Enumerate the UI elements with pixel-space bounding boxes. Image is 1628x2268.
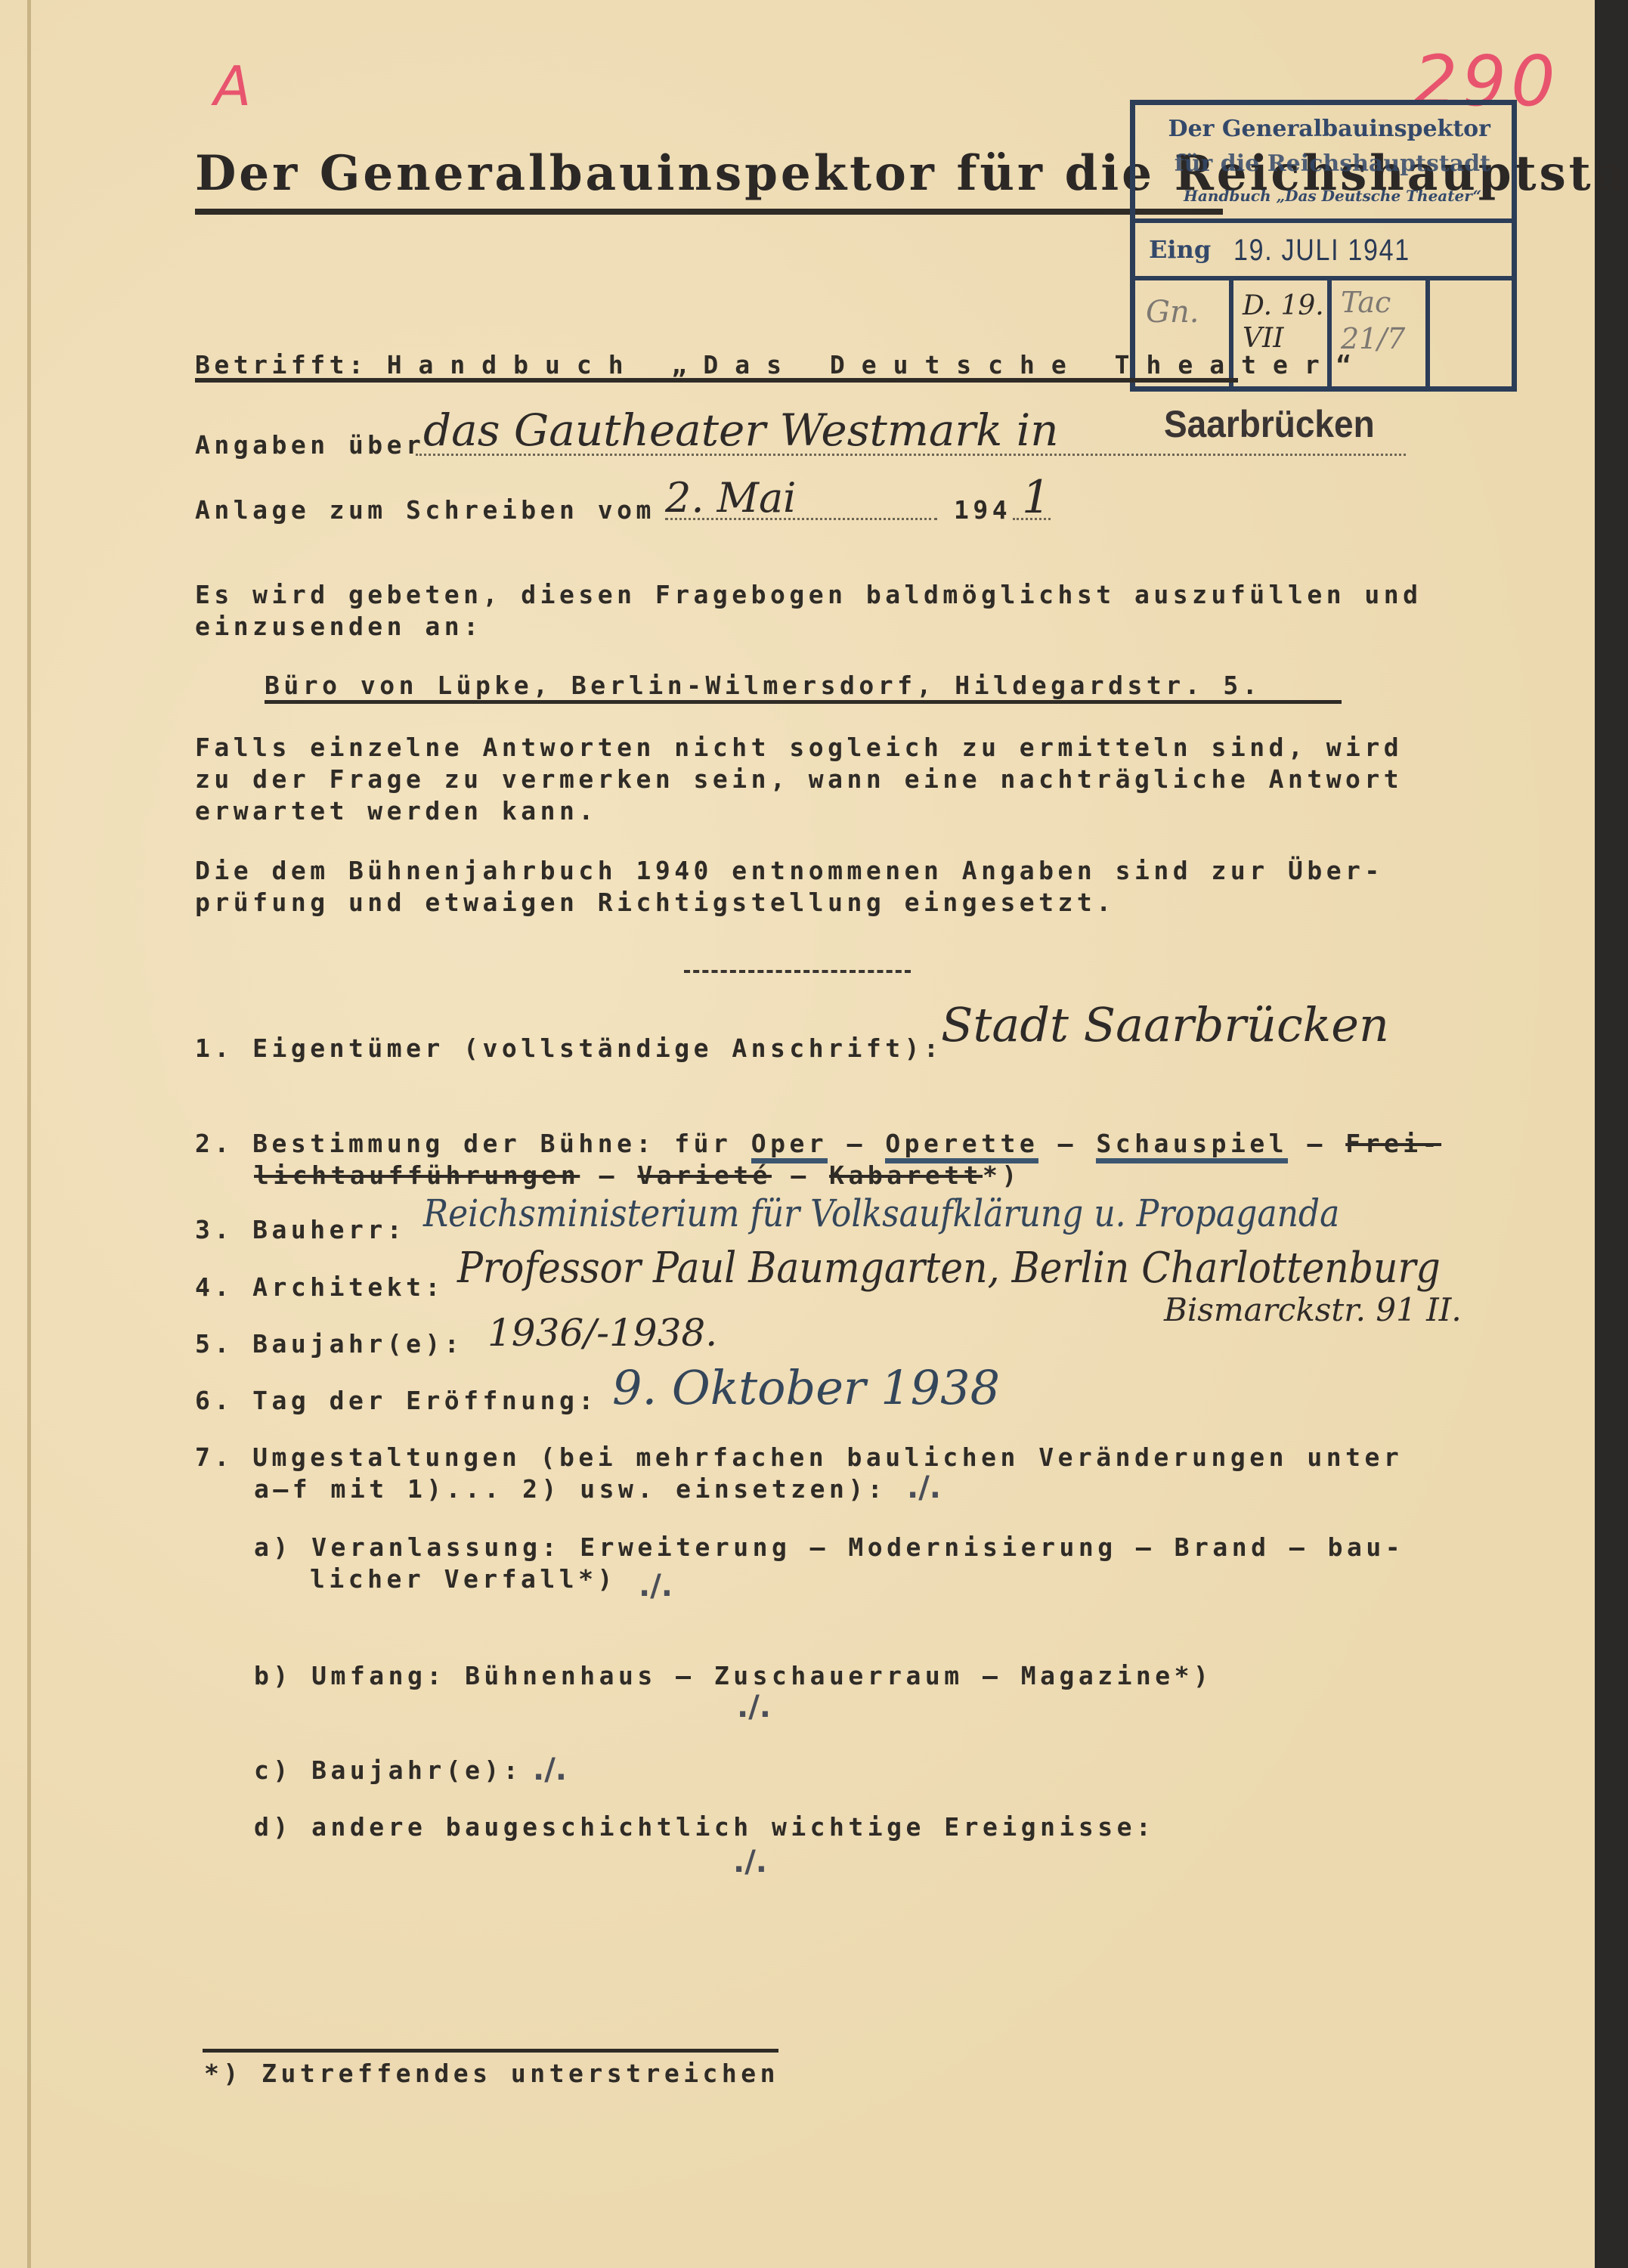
title-underline — [195, 209, 1223, 215]
question-7b-answer-slash: ./. — [737, 1690, 771, 1724]
question-number: 3. — [195, 1215, 234, 1244]
question-label: Umgestaltungen (bei mehrfachen baulichen… — [252, 1442, 1403, 1472]
angaben-city-stamp: Saarbrücken — [1164, 402, 1375, 446]
address-underline — [265, 700, 1342, 704]
sub-label: Baujahr(e): — [311, 1755, 522, 1785]
angaben-label: Angaben über — [195, 432, 425, 457]
stamp-cell-empty — [1430, 276, 1512, 386]
angaben-fill-line — [416, 454, 1406, 456]
question-label: Tag der Eröffnung: — [252, 1386, 598, 1415]
subject-value: Handbuch „Das Deutsche Theater“ — [387, 350, 1368, 380]
stamp-received-date: 19. JULI 1941 — [1233, 234, 1410, 268]
question-number: 2. — [195, 1129, 234, 1158]
question-6: 6. Tag der Eröffnung: — [195, 1388, 598, 1413]
stamp-cell-handwriting: Tac 21/7 — [1341, 285, 1416, 357]
option-frei-struck: Frei- — [1345, 1129, 1441, 1158]
sub-label: Umfang: Bühnenhaus — Zuschauerraum — Mag… — [311, 1661, 1212, 1690]
question-label: Eigentümer (vollständige Anschrift): — [252, 1033, 942, 1063]
question-7-line1: 7. Umgestaltungen (bei mehrfachen baulic… — [195, 1445, 1403, 1470]
question-number: 4. — [195, 1272, 234, 1302]
question-5-answer: 1936/-1938. — [487, 1314, 717, 1352]
subject-line: Betrifft: Handbuch „Das Deutsche Theater… — [195, 352, 1368, 377]
question-1: 1. Eigentümer (vollständige Anschrift): — [195, 1036, 942, 1061]
instructions-p3-line1: Die dem Bühnenjahrbuch 1940 entnommenen … — [195, 858, 1384, 883]
anlage-handwritten-date: 2. Mai — [665, 478, 796, 519]
question-label: Bestimmung der Bühne: für — [252, 1129, 732, 1158]
sub-key: c) — [254, 1755, 292, 1785]
stamp-cell-handwriting: Gn. — [1146, 297, 1199, 327]
send-to-address: Büro von Lüpke, Berlin-Wilmersdorf, Hild… — [265, 673, 1261, 698]
question-7a-answer-slash: ./. — [639, 1569, 673, 1603]
stamp-received-row: Eing 19. JULI 1941 — [1135, 218, 1512, 280]
anlage-year-prefix: 194 — [954, 497, 1011, 522]
instructions-p2-line3: erwartet werden kann. — [195, 798, 598, 823]
option-separator: — — [791, 1160, 809, 1190]
option-oper-underlined: Oper — [751, 1129, 828, 1163]
question-7-line2: a—f mit 1)... 2) usw. einsetzen): — [254, 1476, 887, 1501]
instructions-p3-line2: prüfung und etwaigen Richtigstellung ein… — [195, 890, 1116, 915]
stamp-received-label: Eing — [1149, 235, 1211, 264]
sub-label: andere baugeschichtlich wichtige Ereigni… — [311, 1812, 1155, 1842]
footnote-rule — [203, 2049, 778, 2053]
question-7-answer-slash: ./. — [907, 1470, 941, 1505]
question-2-line1: 2. Bestimmung der Bühne: für Oper — Oper… — [195, 1131, 1441, 1156]
question-7c-answer-slash: ./. — [533, 1752, 567, 1787]
sub-key: d) — [254, 1812, 292, 1842]
footnote-mark: *) — [983, 1160, 1021, 1190]
question-7b: b) Umfang: Bühnenhaus — Zuschauerraum — … — [254, 1663, 1212, 1688]
question-label: Baujahr(e): — [252, 1329, 463, 1359]
option-separator: — — [1307, 1129, 1326, 1158]
anlage-label: Anlage zum Schreiben vom — [195, 497, 655, 522]
option-separator: — — [599, 1160, 618, 1190]
stamp-line-1: Der Generalbauinspektor — [1114, 116, 1490, 142]
footnote-text: *) Zutreffendes unterstreichen — [204, 2061, 779, 2086]
question-number: 1. — [195, 1033, 234, 1063]
instructions-p1-line2: einzusenden an: — [195, 614, 483, 639]
question-number: 7. — [195, 1442, 234, 1472]
question-3: 3. Bauherr: — [195, 1217, 406, 1242]
document-page: A 290 Der Generalbauinspektor für die Re… — [0, 0, 1595, 2268]
sub-key: b) — [254, 1661, 292, 1690]
subject-underline — [195, 378, 1238, 383]
question-label: Bauherr: — [252, 1215, 406, 1244]
subject-label: Betrifft: — [195, 350, 367, 380]
anlage-date-line — [665, 518, 937, 520]
option-schauspiel-underlined: Schauspiel — [1096, 1129, 1288, 1163]
anlage-year-handwritten: 1 — [1022, 475, 1051, 520]
question-7d-answer-slash: ./. — [733, 1845, 767, 1879]
option-freilicht-struck: lichtaufführungen — [254, 1160, 580, 1190]
question-5: 5. Baujahr(e): — [195, 1331, 463, 1356]
question-6-answer: 9. Oktober 1938 — [612, 1365, 1000, 1411]
question-3-answer: Reichsministerium für Volksaufklärung u.… — [423, 1194, 1339, 1232]
red-letter-mark: A — [214, 59, 251, 113]
sub-key: a) — [254, 1532, 292, 1562]
angaben-handwritten: das Gautheater Westmark in — [423, 408, 1059, 452]
question-7c: c) Baujahr(e): — [254, 1758, 522, 1783]
option-operette-underlined: Operette — [885, 1129, 1038, 1163]
section-separator — [684, 970, 911, 973]
question-7a-line2: licher Verfall*) — [310, 1566, 617, 1591]
option-kabarett-struck: Kabarett — [829, 1160, 983, 1190]
instructions-p2-line1: Falls einzelne Antworten nicht sogleich … — [195, 735, 1403, 760]
sub-label: Veranlassung: Erweiterung — Modernisieru… — [311, 1532, 1404, 1562]
question-number: 6. — [195, 1386, 234, 1415]
question-2-line2: lichtaufführungen — Varieté — Kabarett*) — [254, 1163, 1021, 1188]
question-4-answer: Professor Paul Baumgarten, Berlin Charlo… — [457, 1247, 1441, 1290]
anlage-year-line — [1013, 518, 1051, 520]
stamp-line-2: für die Reichshauptstadt — [1114, 150, 1490, 177]
receipt-stamp: Der Generalbauinspektor für die Reichsha… — [1130, 100, 1517, 392]
question-7a-line1: a) Veranlassung: Erweiterung — Modernisi… — [254, 1535, 1404, 1560]
stamp-line-3: Handbuch „Das Deutsche Theater“ — [1184, 187, 1481, 205]
instructions-p2-line2: zu der Frage zu vermerken sein, wann ein… — [195, 767, 1403, 792]
option-variete-struck: Varieté — [637, 1160, 772, 1190]
binding-fold — [27, 0, 31, 2268]
stamp-header: Der Generalbauinspektor für die Reichsha… — [1135, 105, 1512, 218]
option-separator: — — [847, 1129, 866, 1158]
question-1-answer: Stadt Saarbrücken — [941, 1002, 1389, 1049]
question-4: 4. Architekt: — [195, 1275, 444, 1300]
question-7d: d) andere baugeschichtlich wichtige Erei… — [254, 1814, 1155, 1839]
question-number: 5. — [195, 1329, 234, 1359]
question-4-answer-line2: Bismarckstr. 91 II. — [1164, 1294, 1462, 1326]
instructions-p1-line1: Es wird gebeten, diesen Fragebogen baldm… — [195, 582, 1422, 607]
option-separator: — — [1058, 1129, 1077, 1158]
question-label: Architekt: — [252, 1272, 444, 1302]
stamp-cell-handwriting: D. 19. VII — [1243, 290, 1326, 355]
